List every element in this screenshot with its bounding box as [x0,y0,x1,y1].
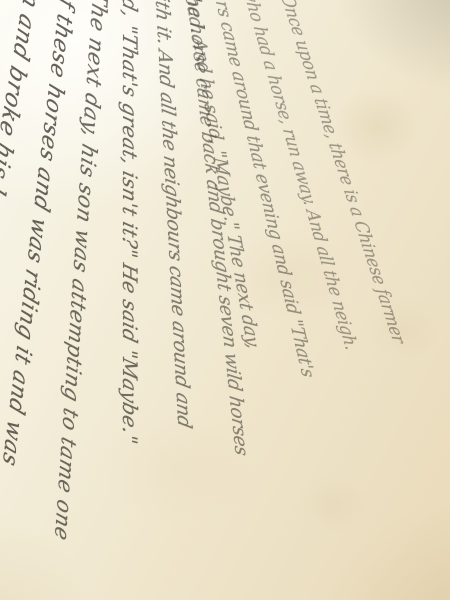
handwriting-line: with it. And all the neighbours came aro… [150,0,196,430]
handwriting-line: said, "That's great, isn't it?" He said … [118,0,142,447]
photo-of-handwritten-page: Once upon a time, there is a Chinese far… [0,0,450,600]
